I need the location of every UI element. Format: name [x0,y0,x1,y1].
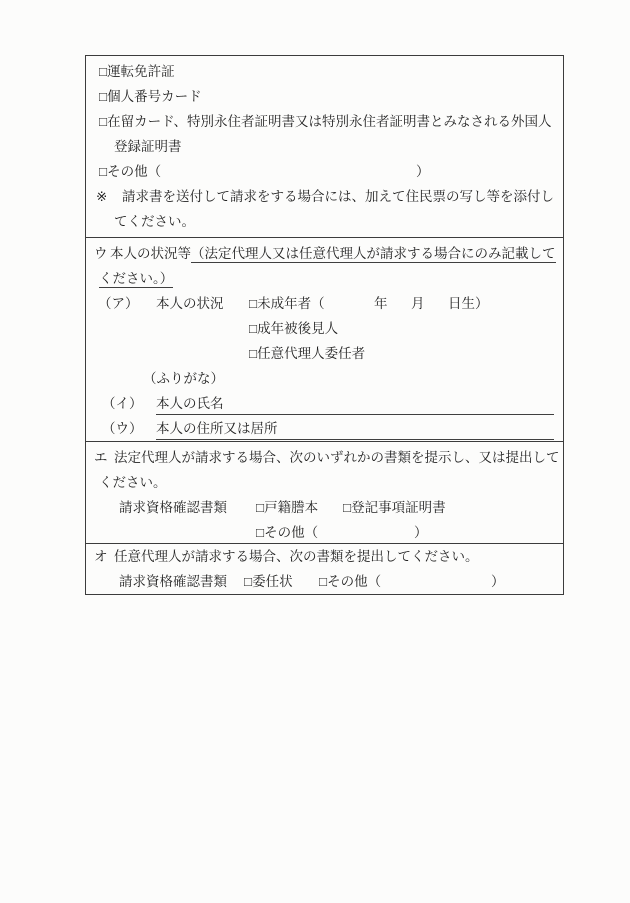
section-e-label: エ [94,445,108,470]
doc-option-other-legal: □その他（ [256,520,318,543]
voluntary-agent-docs-line: 請求資格確認書類 □委任状 □その他（ ） [86,569,563,591]
id-label-drivers-license: 運転免許証 [107,64,175,79]
status-option-adult-ward: □成年被後見人 [249,316,338,341]
section-u-title-underlined-2: ください。） [99,271,173,288]
section-e-header: エ 法定代理人が請求する場合、次のいずれかの書類を提示し、又は提出して [86,445,563,470]
principal-address-field-label: 本人の住所又は居所 [156,421,278,436]
other-legal-label: その他（ [264,525,318,540]
legal-agent-section: エ 法定代理人が請求する場合、次のいずれかの書類を提示し、又は提出して ください… [86,441,563,543]
legal-agent-docs-line1: 請求資格確認書類 □戸籍謄本 □登記事項証明書 [86,495,563,520]
item-u2-label: （ウ） [102,416,143,441]
power-of-attorney-label: 委任状 [252,574,293,589]
note-text-line1: 請求書を送付して請求をする場合には、加えて住民票の写し等を添付し [122,184,554,209]
id-label-other: その他（ [107,164,161,179]
section-u-title-wrap: 本人の状況等（法定代理人又は任意代理人が請求する場合にのみ記載して [110,241,556,266]
note-mark: ※ [96,184,107,209]
status-option-voluntary-delegator: □任意代理人委任者 [249,341,365,366]
mailing-note-line1: ※ 請求書を送付して請求をする場合には、加えて住民票の写し等を添付し [86,184,563,209]
id-item-my-number-card: □個人番号カード [86,84,563,109]
checkbox-family-register[interactable]: □ [256,495,264,520]
item-i-label: （イ） [102,391,143,416]
section-e-header-cont: ください。 [86,470,563,495]
status-option-minor: □未成年者（ [249,291,325,316]
birth-day-label: 日生） [448,291,489,316]
section-o-label: オ [94,544,108,569]
item-a-status-line: （ア） 本人の状況 □未成年者（ 年 月 日生） [86,291,563,316]
id-item-other: □その他（ ） [86,159,563,184]
adult-ward-label: 成年被後見人 [257,321,338,336]
checkbox-registration-certificate[interactable]: □ [343,495,351,520]
identity-documents-section: □運転免許証 □個人番号カード □在留カード、特別永住者証明書又は特別永住者証明… [86,56,563,237]
minor-label: 未成年者（ [257,296,325,311]
checkbox-power-of-attorney[interactable]: □ [244,569,252,591]
checkbox-other-legal[interactable]: □ [256,520,264,543]
checkbox-my-number-card[interactable]: □ [99,84,107,109]
section-u-header-cont: ください。） [86,266,563,291]
principal-address-field[interactable]: 本人の住所又は居所 [156,418,554,440]
other-voluntary-close-paren: ） [491,569,505,591]
section-e-text-line2: ください。 [99,475,167,490]
birth-month-label: 月 [411,291,425,316]
id-label-my-number-card: 個人番号カード [107,89,202,104]
checkbox-drivers-license[interactable]: □ [99,59,107,84]
section-o-header: オ 任意代理人が請求する場合、次の書類を提出してください。 [86,544,563,569]
checkbox-adult-ward[interactable]: □ [249,316,257,341]
item-a-label: （ア） [98,291,139,316]
checkbox-residence-card[interactable]: □ [99,109,107,134]
birth-year-label: 年 [374,291,388,316]
docs-caption-legal: 請求資格確認書類 [119,495,227,520]
voluntary-delegator-label: 任意代理人委任者 [257,346,365,361]
mailing-note-line2: てください。 [86,209,563,234]
id-label-residence-card-line2: 登録証明書 [114,139,182,154]
other-id-close-paren: ） [416,159,430,184]
section-u-label: ウ [94,241,108,266]
doc-option-family-register: □戸籍謄本 [256,495,318,520]
section-u-header: ウ 本人の状況等（法定代理人又は任意代理人が請求する場合にのみ記載して [86,241,563,266]
section-u-title-underlined: （法定代理人又は任意代理人が請求する場合にのみ記載して [191,246,556,263]
doc-option-other-voluntary: □その他（ [319,569,381,591]
item-u2-address-line: （ウ） 本人の住所又は居所 [86,416,563,441]
checkbox-voluntary-agent-delegator[interactable]: □ [249,341,257,366]
checkbox-other-voluntary[interactable]: □ [319,569,327,591]
docs-caption-voluntary: 請求資格確認書類 [119,569,227,591]
other-voluntary-label: その他（ [327,574,381,589]
registration-cert-label: 登記事項証明書 [351,500,446,515]
principal-name-field[interactable]: 本人の氏名 [156,393,554,415]
furigana-line: （ふりがな） [86,366,563,391]
status-option-voluntary-delegator-line: □任意代理人委任者 [86,341,563,366]
family-register-label: 戸籍謄本 [264,500,318,515]
section-u-title: 本人の状況等 [110,246,191,261]
legal-agent-docs-line2: □その他（ ） [86,520,563,543]
doc-option-registration-cert: □登記事項証明書 [343,495,446,520]
request-form-table: □運転免許証 □個人番号カード □在留カード、特別永住者証明書又は特別永住者証明… [85,55,564,595]
section-o-text-line1: 任意代理人が請求する場合、次の書類を提出してください。 [114,544,479,569]
item-a-caption: 本人の状況 [156,291,224,316]
note-text-line2: てください。 [114,214,195,229]
principal-status-section: ウ 本人の状況等（法定代理人又は任意代理人が請求する場合にのみ記載して ください… [86,237,563,441]
checkbox-minor[interactable]: □ [249,291,257,316]
id-label-residence-card: 在留カード、特別永住者証明書又は特別永住者証明書とみなされる外国人 [107,114,551,129]
item-i-name-line: （イ） 本人の氏名 [86,391,563,416]
status-option-adult-ward-line: □成年被後見人 [86,316,563,341]
section-e-text-line1: 法定代理人が請求する場合、次のいずれかの書類を提示し、又は提出して [114,445,560,470]
other-legal-close-paren: ） [414,520,428,543]
id-item-residence-card-cont: 登録証明書 [86,134,563,159]
checkbox-other-id[interactable]: □ [99,159,107,184]
id-item-drivers-license: □運転免許証 [86,59,563,84]
principal-name-field-label: 本人の氏名 [156,396,224,411]
voluntary-agent-section: オ 任意代理人が請求する場合、次の書類を提出してください。 請求資格確認書類 □… [86,543,563,591]
doc-option-power-of-attorney: □委任状 [244,569,293,591]
id-item-residence-card: □在留カード、特別永住者証明書又は特別永住者証明書とみなされる外国人 [86,109,563,134]
furigana-label: （ふりがな） [143,371,224,386]
